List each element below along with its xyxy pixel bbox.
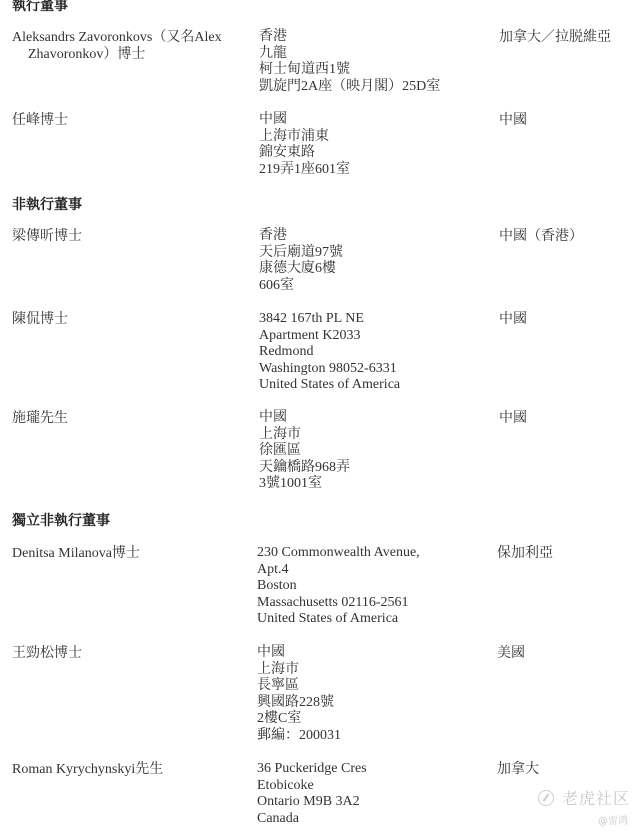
director-address: 香港 九龍 柯士甸道西1號 凱旋門2A座（映月閣）25D室 [259,29,489,95]
director-name: 施瓏先生 [12,410,252,427]
tiger-community-logo-icon [538,790,554,806]
address-line: 興國路228號 [257,695,487,712]
address-line: 3842 167th PL NE [259,311,489,328]
section-heading-executive-directors: 執行董事 [12,0,68,15]
director-nationality: 加拿大 [497,761,637,778]
director-name: 梁傳昕博士 [12,228,252,245]
address-line: 香港 [259,29,489,46]
director-nationality: 中國 [499,311,639,328]
address-line: 36 Puckeridge Cres [257,761,487,778]
director-address: 中國 上海市 徐匯區 天鑰橋路968弄 3號1001室 [259,410,489,493]
address-line: 錦安東路 [259,145,489,162]
director-name-line1: Aleksandrs Zavoronkovs（又名Alex [12,30,222,45]
address-line: Washington 98052-6331 [259,361,489,378]
director-address: 36 Puckeridge Cres Etobicoke Ontario M9B… [257,761,487,827]
director-address: 3842 167th PL NE Apartment K2033 Redmond… [259,311,489,394]
address-line: Etobicoke [257,778,487,795]
director-nationality: 美國 [497,645,637,662]
address-line: 柯士甸道西1號 [259,62,489,79]
address-line: Apartment K2033 [259,328,489,345]
address-line: 中國 [257,645,487,662]
director-address: 中國 上海市浦東 錦安東路 219弄1座601室 [259,112,489,178]
director-name: Roman Kyrychynskyi先生 [12,761,252,778]
address-line: 中國 [259,410,489,427]
address-line: 長寧區 [257,678,487,695]
address-line: Ontario M9B 3A2 [257,794,487,811]
address-line: 天后廟道97號 [259,245,489,262]
address-line: 上海市 [257,662,487,679]
director-nationality: 中國（香港） [499,228,639,245]
address-line: United States of America [259,377,489,394]
address-line: 2樓C室 [257,711,487,728]
director-nationality: 保加利亞 [497,545,637,562]
director-nationality: 中國 [499,112,639,129]
director-name: 王勁松博士 [12,645,252,662]
address-line: Apt.4 [257,562,487,579]
address-line: 219弄1座601室 [259,162,489,179]
address-line: 中國 [259,112,489,129]
director-name-line2: Zhavoronkov）博士 [12,46,252,63]
watermark-brand: 老虎社区 [562,789,630,808]
watermark-handle: @雷鸿 [598,812,628,827]
address-line: 凱旋門2A座（映月閣）25D室 [259,79,489,96]
director-name: 陳侃博士 [12,311,252,328]
director-address: 中國 上海市 長寧區 興國路228號 2樓C室 郵編：200031 [257,645,487,745]
director-nationality: 加拿大／拉脱維亞 [499,29,639,46]
address-line: 徐匯區 [259,443,489,460]
director-address: 230 Commonwealth Avenue, Apt.4 Boston Ma… [257,545,487,628]
address-line: 上海市浦東 [259,129,489,146]
address-line: 郵編：200031 [257,728,487,745]
director-name: 任峰博士 [12,112,252,129]
address-line: Redmond [259,344,489,361]
address-line: 康德大廈6樓 [259,261,489,278]
address-line: 九龍 [259,46,489,63]
address-line: 230 Commonwealth Avenue, [257,545,487,562]
director-address: 香港 天后廟道97號 康德大廈6樓 606室 [259,228,489,294]
address-line: United States of America [257,611,487,628]
address-line: 天鑰橋路968弄 [259,460,489,477]
section-heading-independent-non-executive-directors: 獨立非執行董事 [12,510,110,530]
address-line: 606室 [259,278,489,295]
watermark: 老虎社区 [538,786,630,809]
address-line: Canada [257,811,487,828]
address-line: 3號1001室 [259,476,489,493]
address-line: Boston [257,578,487,595]
director-name: Aleksandrs Zavoronkovs（又名Alex Zhavoronko… [12,29,252,63]
address-line: Massachusetts 02116-2561 [257,595,487,612]
address-line: 上海市 [259,427,489,444]
director-nationality: 中國 [499,410,639,427]
director-name: Denitsa Milanova博士 [12,545,252,562]
address-line: 香港 [259,228,489,245]
section-heading-non-executive-directors: 非執行董事 [12,194,82,214]
